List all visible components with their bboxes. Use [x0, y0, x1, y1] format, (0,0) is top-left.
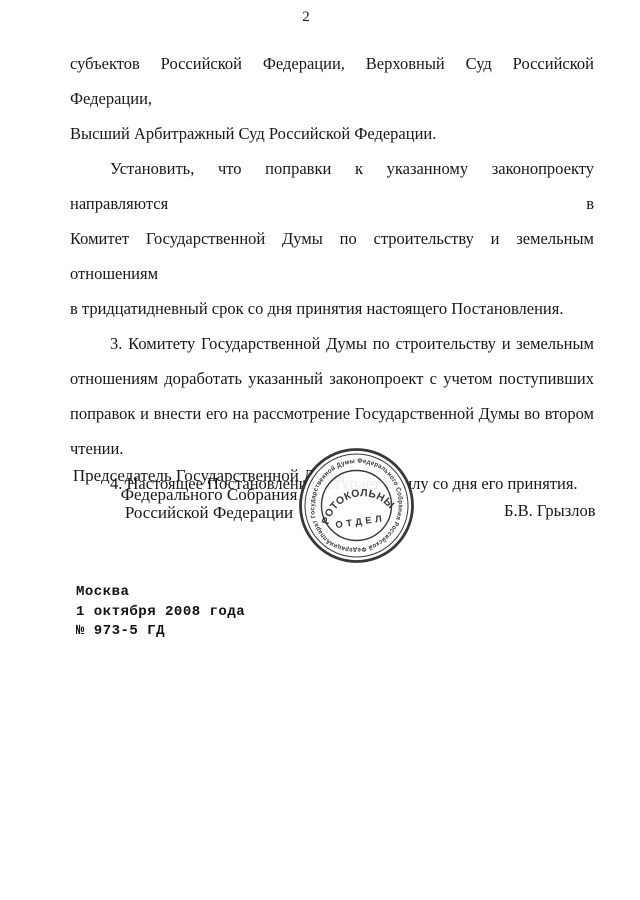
text-line: поправок и внести его на рассмотрение Го… [70, 396, 594, 431]
text-line: в тридцатидневный срок со дня принятия н… [70, 291, 594, 326]
text-line: Установить, что поправки к указанному за… [70, 151, 594, 221]
page-number: 2 [0, 9, 612, 26]
text-line: отношениям доработать указанный законопр… [70, 361, 594, 396]
paragraph: 3. Комитету Государственной Думы по стро… [70, 326, 594, 466]
footer-block: Москва 1 октября 2008 года № 973-5 ГД [76, 583, 245, 642]
text-line: субъектов Российской Федерации, Верховны… [70, 46, 594, 116]
text-line: Комитет Государственной Думы по строител… [70, 221, 594, 291]
footer-date: 1 октября 2008 года [76, 603, 245, 623]
document-page: 2 субъектов Российской Федерации, Верхов… [0, 0, 640, 900]
stamp-outer-ring [301, 450, 413, 562]
footer-number: № 973-5 ГД [76, 622, 245, 642]
text-line: 3. Комитету Государственной Думы по стро… [70, 326, 594, 361]
document-body: субъектов Российской Федерации, Верховны… [70, 46, 594, 501]
footer-city: Москва [76, 583, 245, 603]
signer-name: Б.В. Грызлов [504, 501, 595, 521]
text-line: Высший Арбитражный Суд Российской Федера… [70, 116, 594, 151]
protocol-department-stamp-icon: Аппарат Государственной Думы Федеральног… [297, 446, 416, 565]
paragraph: субъектов Российской Федерации, Верховны… [70, 46, 594, 151]
paragraph: Установить, что поправки к указанному за… [70, 151, 594, 326]
